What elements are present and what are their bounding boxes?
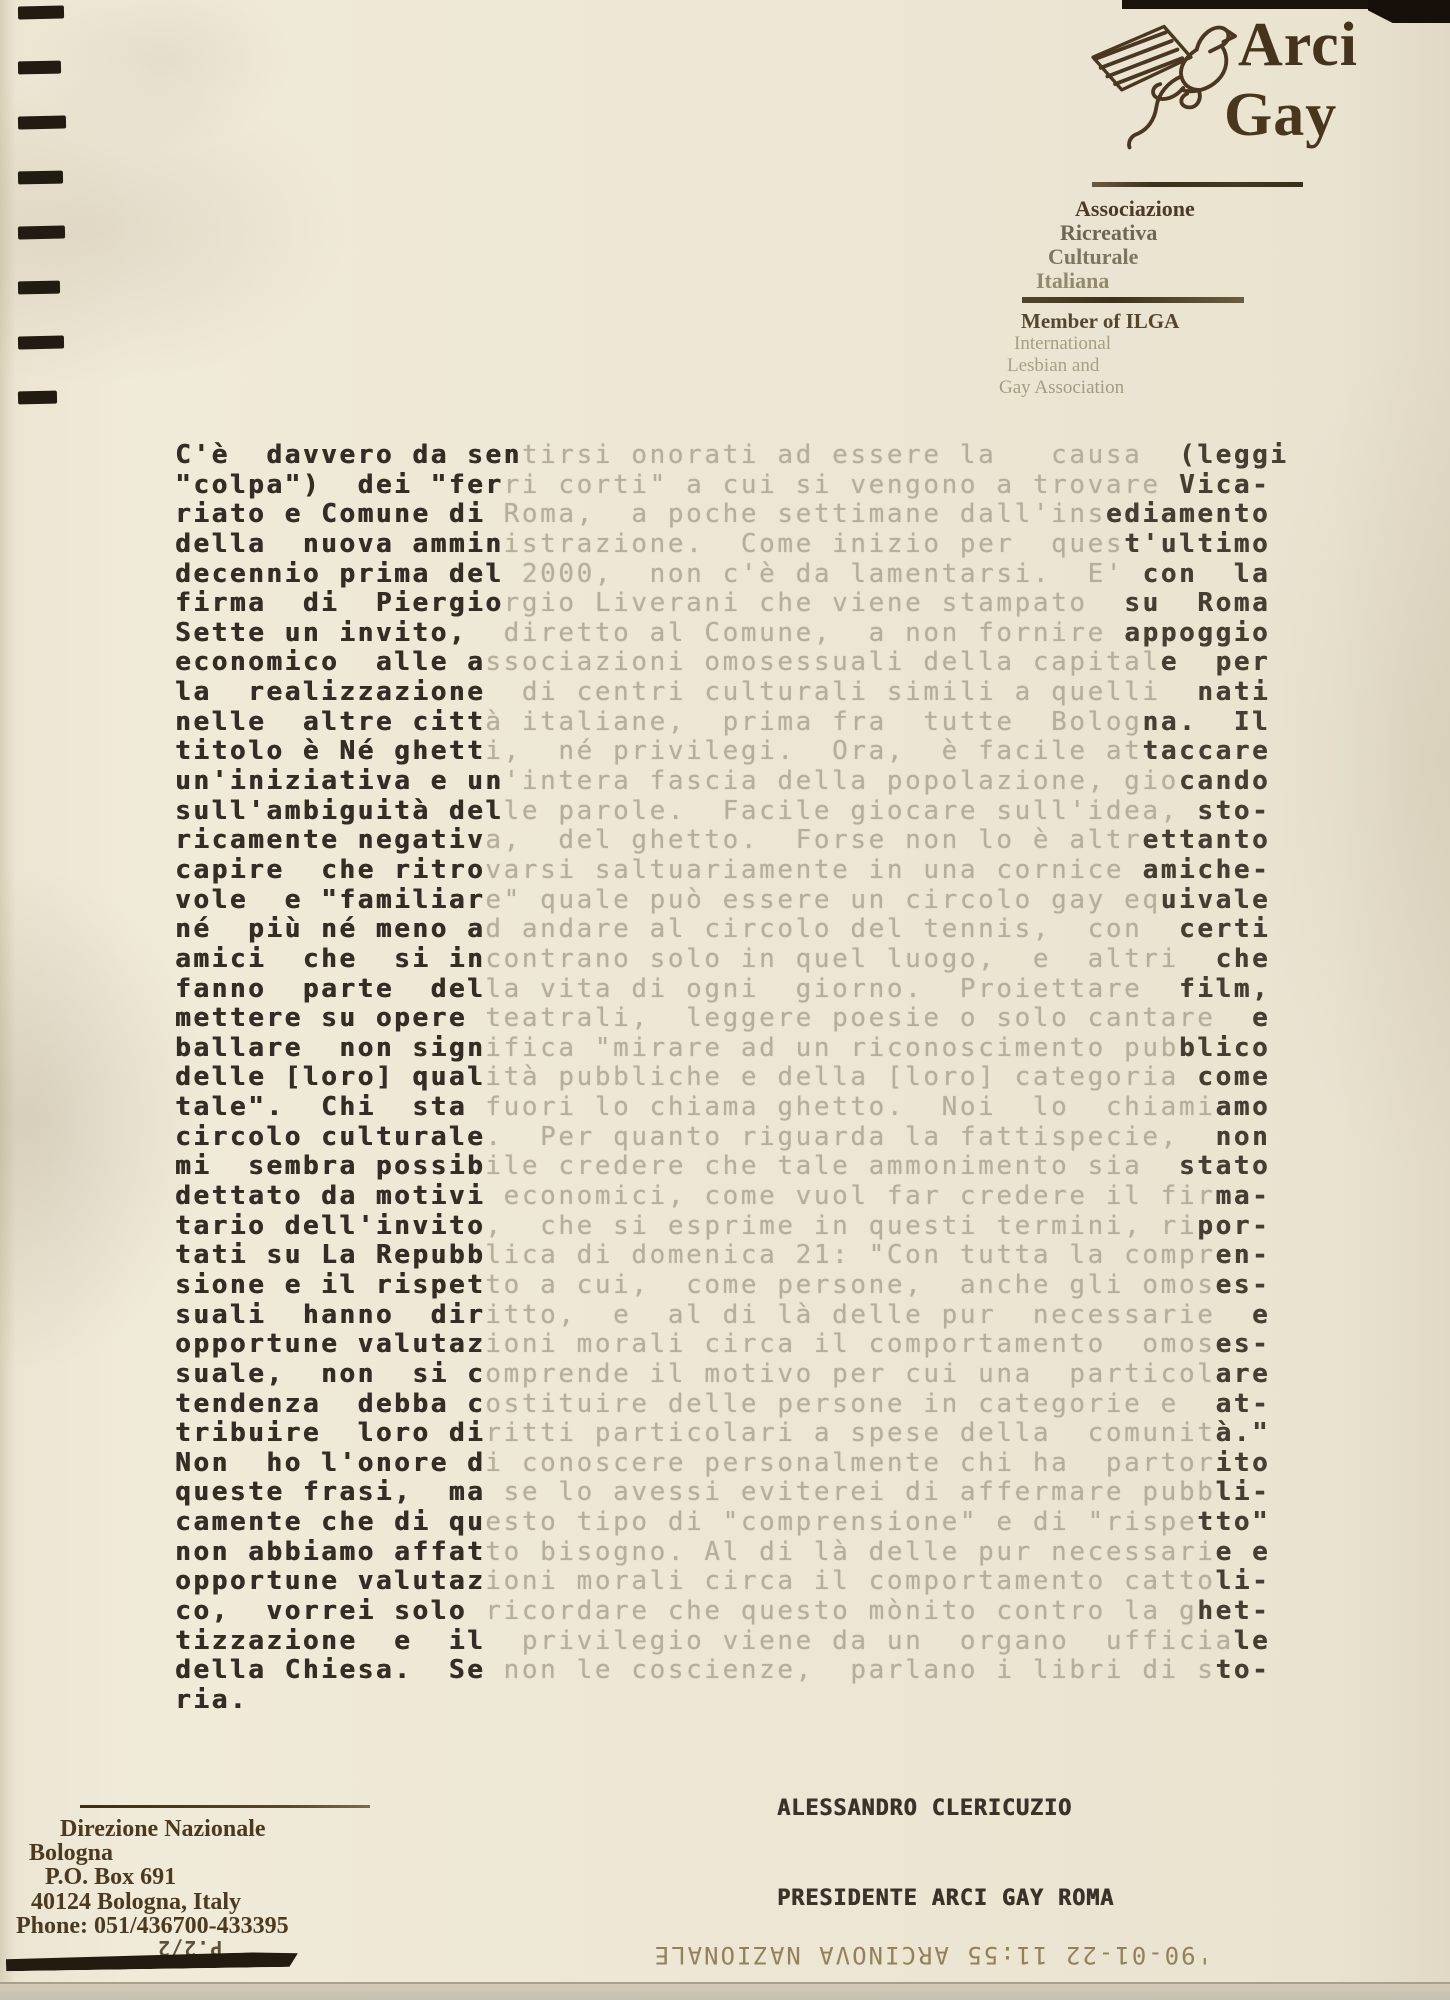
body-line: delle [loro] qualità pubbliche e della [… — [175, 1063, 1288, 1093]
body-line: sione e il rispetto a cui, come persone,… — [175, 1271, 1288, 1301]
body-line: amici che si incontrano solo in quel luo… — [175, 945, 1288, 975]
signature-name: ALESSANDRO CLERICUZIO — [777, 1794, 1114, 1824]
body-line: riato e Comune di Roma, a poche settiman… — [175, 500, 1288, 530]
body-line: suali hanno diritto, e al di là delle pu… — [175, 1301, 1288, 1331]
body-line: ballare non significa "mirare ad un rico… — [175, 1034, 1288, 1064]
body-line: sull'ambiguità delle parole. Facile gioc… — [175, 797, 1288, 827]
body-line: dettato da motivi economici, come vuol f… — [175, 1182, 1288, 1212]
org-subtitle-line: Ricreativa — [1060, 220, 1157, 246]
letterhead-divider-top — [1092, 182, 1303, 187]
body-line: circolo culturale. Per quanto riguarda l… — [175, 1123, 1288, 1153]
body-line: fanno parte della vita di ogni giorno. P… — [175, 975, 1288, 1005]
body-line: la realizzazione di centri culturali sim… — [175, 678, 1288, 708]
body-line: economico alle associazioni omosessuali … — [175, 648, 1288, 678]
org-subtitle-line: Associazione — [1075, 196, 1195, 222]
body-line: un'iniziativa e un'intera fascia della p… — [175, 767, 1288, 797]
scan-artifact-bottom-bar — [6, 1952, 298, 1972]
fax-timestamp: '90-01-22 11:55 ARCINOVA NAZIONALE — [650, 1941, 1212, 1969]
body-line: ricamente negativa, del ghetto. Forse no… — [175, 826, 1288, 856]
body-line: firma di Piergiorgio Liverani che viene … — [175, 589, 1288, 619]
membership-line: Gay Association — [999, 377, 1124, 399]
membership-line: Member of ILGA — [1021, 309, 1179, 334]
body-line: titolo è Né ghetti, né privilegi. Ora, è… — [175, 737, 1288, 767]
body-line: opportune valutazioni morali circa il co… — [175, 1567, 1288, 1597]
body-line: della nuova amministrazione. Come inizio… — [175, 530, 1288, 560]
body-line: Non ho l'onore di conoscere personalment… — [175, 1449, 1288, 1479]
body-line: Sette un invito, diretto al Comune, a no… — [175, 619, 1288, 649]
letterhead-divider-bottom — [1022, 297, 1244, 303]
org-name-arci: Arci — [1238, 10, 1358, 81]
address-line: Direzione Nazionale — [60, 1817, 289, 1841]
body-line: tario dell'invito, che si esprime in que… — [175, 1212, 1288, 1242]
membership-line: International — [1014, 333, 1111, 355]
org-subtitle-line: Culturale — [1048, 244, 1138, 270]
body-line: tale". Chi sta fuori lo chiama ghetto. N… — [175, 1093, 1288, 1123]
address-line: Bologna — [29, 1841, 289, 1865]
body-line: né più né meno ad andare al circolo del … — [175, 915, 1288, 945]
body-line: mi sembra possibile credere che tale amm… — [175, 1152, 1288, 1182]
address-divider — [80, 1805, 370, 1808]
scan-edge-dash — [18, 336, 64, 350]
body-text: C'è davvero da sentirsi onorati ad esser… — [175, 441, 1288, 1716]
scan-edge-dash — [18, 281, 60, 295]
membership-line: Lesbian and — [1007, 355, 1099, 377]
body-line: capire che ritrovarsi saltuariamente in … — [175, 856, 1288, 886]
body-line: tribuire loro diritti particolari a spes… — [175, 1419, 1288, 1449]
body-line: ria. — [175, 1686, 1288, 1716]
body-line: queste frasi, ma se lo avessi eviterei d… — [175, 1478, 1288, 1508]
body-line: C'è davvero da sentirsi onorati ad esser… — [175, 441, 1288, 471]
body-line: non abbiamo affatto bisogno. Al di là de… — [175, 1538, 1288, 1568]
org-name-gay: Gay — [1224, 80, 1337, 151]
body-line: mettere su opere teatrali, leggere poesi… — [175, 1004, 1288, 1034]
body-line: nelle altre città italiane, prima fra tu… — [175, 708, 1288, 738]
body-line: vole e "familiare" quale può essere un c… — [175, 886, 1288, 916]
scan-edge-dash — [18, 61, 61, 75]
scan-edge-dash — [18, 226, 65, 240]
body-line: decennio prima del 2000, non c'è da lame… — [175, 560, 1288, 590]
body-line: opportune valutazioni morali circa il co… — [175, 1330, 1288, 1360]
signature-block: ALESSANDRO CLERICUZIO PRESIDENTE ARCI GA… — [777, 1734, 1114, 1974]
body-line: camente che di questo tipo di "comprensi… — [175, 1508, 1288, 1538]
body-line: tizzazione e il privilegio viene da un o… — [175, 1627, 1288, 1657]
scan-edge-dash — [18, 171, 63, 185]
signature-title: PRESIDENTE ARCI GAY ROMA — [777, 1884, 1114, 1914]
body-line: tendenza debba costituire delle persone … — [175, 1390, 1288, 1420]
fax-letter-page: Arci Gay AssociazioneRicreativaCulturale… — [0, 0, 1450, 2000]
scanner-edge — [0, 1982, 1450, 2000]
org-subtitle-line: Italiana — [1036, 268, 1109, 294]
scan-edge-dash — [18, 6, 64, 20]
body-line: co, vorrei solo ricordare che questo mòn… — [175, 1597, 1288, 1627]
address-line: P.O. Box 691 — [45, 1865, 289, 1889]
scan-edge-dash — [18, 115, 66, 129]
body-line: tati su La Repubblica di domenica 21: "C… — [175, 1241, 1288, 1271]
address-line: 40124 Bologna, Italy — [31, 1890, 289, 1914]
address-line: Phone: 051/436700-433395 — [16, 1914, 289, 1938]
body-line: della Chiesa. Se non le coscienze, parla… — [175, 1656, 1288, 1686]
scan-edge-dash — [18, 391, 57, 405]
pegasus-logo-icon — [1083, 15, 1247, 157]
body-line: suale, non si comprende il motivo per cu… — [175, 1360, 1288, 1390]
body-line: "colpa") dei "ferri corti" a cui si veng… — [175, 471, 1288, 501]
address-block: Direzione NazionaleBolognaP.O. Box 69140… — [0, 1817, 289, 1938]
scan-artifact-top-corner — [1368, 0, 1450, 23]
